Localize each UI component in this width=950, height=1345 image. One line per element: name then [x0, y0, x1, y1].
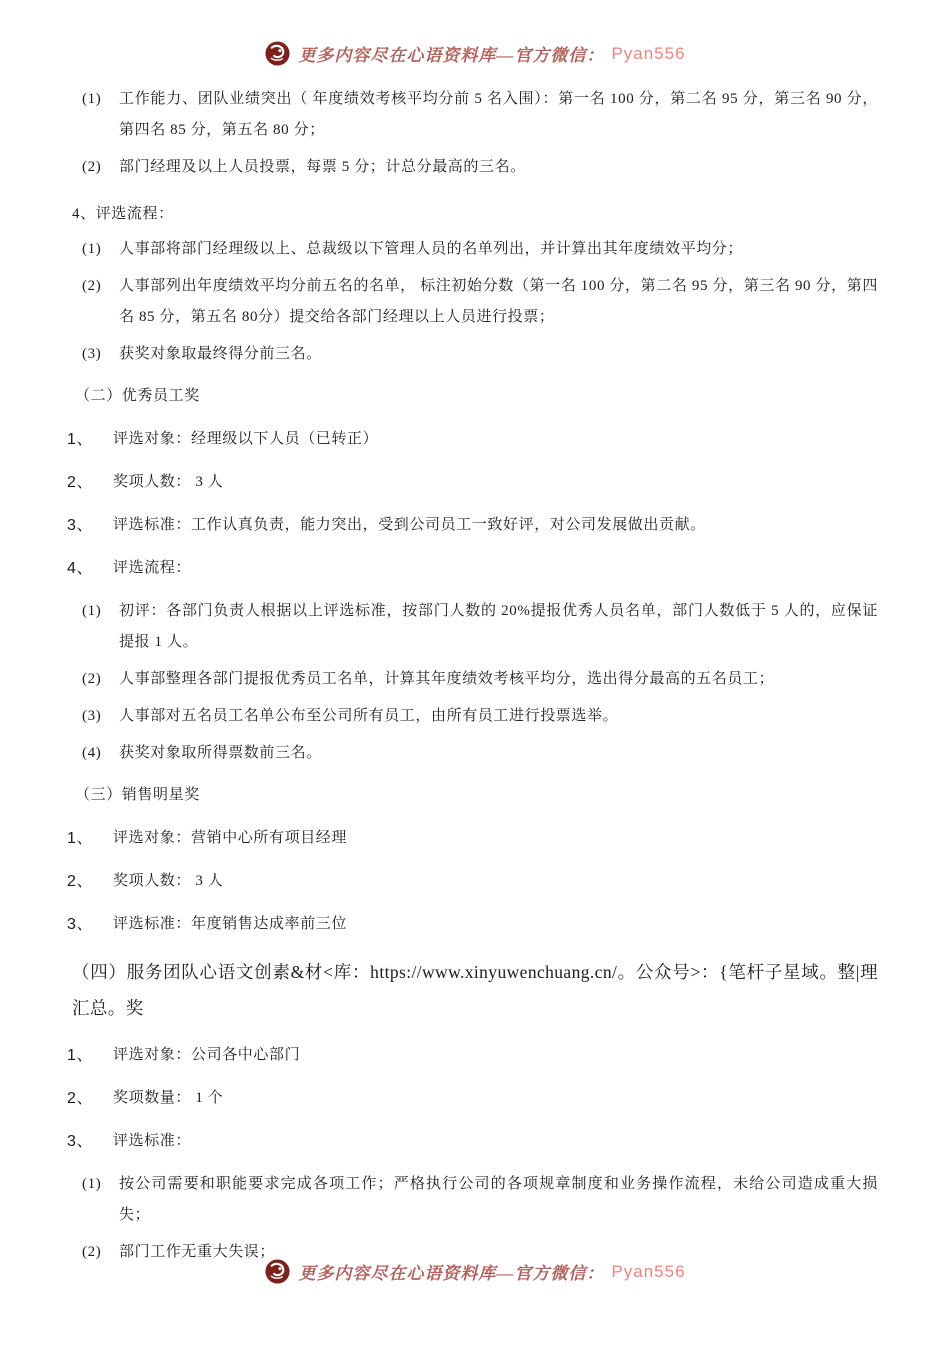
- item-text: 评选标准：: [113, 1126, 878, 1157]
- item-text: 工作能力、团队业绩突出（ 年度绩效考核平均分前 5 名入围）：第一名 100 分…: [119, 84, 878, 146]
- footer-watermark: 更多内容尽在心语资料库—官方微信： Pyan556: [0, 1258, 950, 1285]
- numbered-item: 4、 评选流程：: [67, 553, 878, 584]
- item-marker: (2): [82, 271, 119, 333]
- process-step-list: (1) 人事部将部门经理级以上、总裁级以下管理人员的名单列出，并计算出其年度绩效…: [82, 234, 878, 370]
- item-number: 2、: [67, 467, 113, 498]
- item-text: 评选标准：年度销售达成率前三位: [113, 909, 878, 940]
- item-text: 初评：各部门负责人根据以上评选标准，按部门人数的 20%提报优秀人员名单，部门人…: [119, 596, 878, 658]
- numbered-item: 3、 评选标准：年度销售达成率前三位: [67, 909, 878, 940]
- sales-star-items: 1、 评选对象：营销中心所有项目经理 2、 奖项人数： 3 人 3、 评选标准：…: [67, 823, 878, 940]
- header-watermark: 更多内容尽在心语资料库—官方微信： Pyan556: [0, 40, 950, 67]
- item-text: 奖项人数： 3 人: [113, 467, 878, 498]
- service-team-items: 1、 评选对象：公司各中心部门 2、 奖项数量： 1 个 3、 评选标准：: [67, 1040, 878, 1157]
- item-marker: (1): [82, 84, 119, 146]
- list-item: (1) 初评：各部门负责人根据以上评选标准，按部门人数的 20%提报优秀人员名单…: [82, 596, 878, 658]
- item-marker: (3): [82, 701, 119, 732]
- excellent-employee-items: 1、 评选对象：经理级以下人员（已转正） 2、 奖项人数： 3 人 3、 评选标…: [67, 424, 878, 584]
- numbered-item: 2、 奖项数量： 1 个: [67, 1083, 878, 1114]
- scoring-rule-list: (1) 工作能力、团队业绩突出（ 年度绩效考核平均分前 5 名入围）：第一名 1…: [82, 84, 878, 183]
- numbered-item: 2、 奖项人数： 3 人: [67, 467, 878, 498]
- numbered-item: 1、 评选对象：公司各中心部门: [67, 1040, 878, 1071]
- item-text: 人事部对五名员工名单公布至公司所有员工，由所有员工进行投票选举。: [119, 701, 878, 732]
- item-text: 获奖对象取最终得分前三名。: [119, 339, 878, 370]
- list-item: (2) 部门经理及以上人员投票，每票 5 分；计总分最高的三名。: [82, 152, 878, 183]
- item-number: 1、: [67, 424, 113, 455]
- section-heading-service-team: （四）服务团队心语文创素&材<库：https://www.xinyuwenchu…: [72, 954, 878, 1026]
- list-item: (4) 获奖对象取所得票数前三名。: [82, 738, 878, 769]
- item-number: 3、: [67, 909, 113, 940]
- item-text: 奖项数量： 1 个: [113, 1083, 878, 1114]
- item-text: 人事部将部门经理级以上、总裁级以下管理人员的名单列出，并计算出其年度绩效平均分；: [119, 234, 878, 265]
- item-text: 评选对象：经理级以下人员（已转正）: [113, 424, 878, 455]
- item-marker: (1): [82, 234, 119, 265]
- item-number: 1、: [67, 823, 113, 854]
- list-item: (2) 人事部整理各部门提报优秀员工名单，计算其年度绩效考核平均分，选出得分最高…: [82, 664, 878, 695]
- item-text: 部门经理及以上人员投票，每票 5 分；计总分最高的三名。: [119, 152, 878, 183]
- list-item: (1) 工作能力、团队业绩突出（ 年度绩效考核平均分前 5 名入围）：第一名 1…: [82, 84, 878, 146]
- item-marker: (2): [82, 152, 119, 183]
- item-text: 人事部列出年度绩效平均分前五名的名单， 标注初始分数（第一名 100 分，第二名…: [119, 271, 878, 333]
- header-wechat-id: Pyan556: [611, 44, 685, 64]
- footer-wechat-id: Pyan556: [611, 1262, 685, 1282]
- footer-brand-text: 更多内容尽在心语资料库—官方微信：: [298, 1259, 604, 1284]
- criteria-list: (1) 按公司需要和职能要求完成各项工作；严格执行公司的各项规章制度和业务操作流…: [82, 1169, 878, 1268]
- xinyu-brand-logo-icon: [264, 40, 291, 67]
- xinyu-brand-logo-icon: [264, 1258, 291, 1285]
- item-number: 2、: [67, 1083, 113, 1114]
- list-item: (1) 人事部将部门经理级以上、总裁级以下管理人员的名单列出，并计算出其年度绩效…: [82, 234, 878, 265]
- document-page: 更多内容尽在心语资料库—官方微信： Pyan556 (1) 工作能力、团队业绩突…: [0, 0, 950, 1345]
- item-number: 2、: [67, 866, 113, 897]
- item-marker: (3): [82, 339, 119, 370]
- list-item: (2) 人事部列出年度绩效平均分前五名的名单， 标注初始分数（第一名 100 分…: [82, 271, 878, 333]
- item-text: 评选标准：工作认真负责，能力突出，受到公司员工一致好评，对公司发展做出贡献。: [113, 510, 878, 541]
- list-item: (3) 获奖对象取最终得分前三名。: [82, 339, 878, 370]
- numbered-item: 1、 评选对象：营销中心所有项目经理: [67, 823, 878, 854]
- item-number: 3、: [67, 510, 113, 541]
- numbered-item: 3、 评选标准：: [67, 1126, 878, 1157]
- item-text: 评选对象：营销中心所有项目经理: [113, 823, 878, 854]
- header-brand-text: 更多内容尽在心语资料库—官方微信：: [298, 41, 604, 66]
- employee-process-list: (1) 初评：各部门负责人根据以上评选标准，按部门人数的 20%提报优秀人员名单…: [82, 596, 878, 769]
- list-item: (1) 按公司需要和职能要求完成各项工作；严格执行公司的各项规章制度和业务操作流…: [82, 1169, 878, 1231]
- numbered-item: 1、 评选对象：经理级以下人员（已转正）: [67, 424, 878, 455]
- item-number: 1、: [67, 1040, 113, 1071]
- numbered-item: 2、 奖项人数： 3 人: [67, 866, 878, 897]
- item-text: 评选流程：: [113, 553, 878, 584]
- item-number: 4、: [67, 553, 113, 584]
- item-marker: (2): [82, 664, 119, 695]
- section-heading-sales-star: （三）销售明星奖: [75, 780, 878, 811]
- section-heading-excellent-employee: （二）优秀员工奖: [75, 381, 878, 412]
- numbered-item: 3、 评选标准：工作认真负责，能力突出，受到公司员工一致好评，对公司发展做出贡献…: [67, 510, 878, 541]
- item-text: 按公司需要和职能要求完成各项工作；严格执行公司的各项规章制度和业务操作流程，未给…: [119, 1169, 878, 1231]
- document-content: (1) 工作能力、团队业绩突出（ 年度绩效考核平均分前 5 名入围）：第一名 1…: [0, 84, 950, 1274]
- list-item: (3) 人事部对五名员工名单公布至公司所有员工，由所有员工进行投票选举。: [82, 701, 878, 732]
- item-marker: (1): [82, 1169, 119, 1231]
- item-text: 获奖对象取所得票数前三名。: [119, 738, 878, 769]
- item-marker: (1): [82, 596, 119, 658]
- process-label: 4、评选流程：: [72, 199, 878, 230]
- item-text: 评选对象：公司各中心部门: [113, 1040, 878, 1071]
- item-text: 人事部整理各部门提报优秀员工名单，计算其年度绩效考核平均分，选出得分最高的五名员…: [119, 664, 878, 695]
- item-marker: (4): [82, 738, 119, 769]
- item-text: 奖项人数： 3 人: [113, 866, 878, 897]
- item-number: 3、: [67, 1126, 113, 1157]
